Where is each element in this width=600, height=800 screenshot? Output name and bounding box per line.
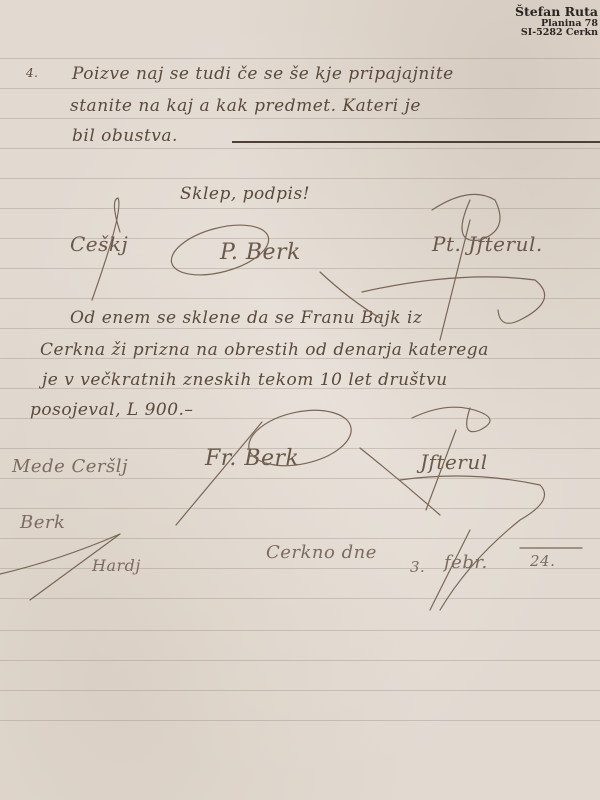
owner-stamp: Štefan Ruta Planina 78 SI-5282 Cerkn [515, 6, 598, 38]
ruled-line [0, 630, 600, 631]
signature-left-1: Ceškj [70, 232, 128, 256]
ruled-line [0, 118, 600, 119]
paragraph-2-line-4: posojeval, L 900.– [30, 400, 193, 420]
ruled-line [0, 58, 600, 59]
ruled-line [0, 268, 600, 269]
date-month: febr. [444, 552, 488, 573]
paragraph-1-line-3: bil obustva. [72, 126, 178, 146]
ruled-line [0, 478, 600, 479]
signature-left-2: Mede Ceršlj [12, 456, 128, 477]
signature-right-1: Pt. Jfterul. [432, 232, 543, 256]
ruled-line [0, 598, 600, 599]
ruled-line [0, 660, 600, 661]
closing-text: Sklep, podpis! [180, 184, 310, 204]
signature-left-bottom-3: Hardj [92, 556, 141, 575]
signature-center-1: P. Berk [220, 240, 301, 265]
ruled-line [0, 538, 600, 539]
ruled-line [0, 208, 600, 209]
ruled-line [0, 568, 600, 569]
paragraph-2-line-2: Cerkna ži prizna na obrestih od denarja … [40, 340, 489, 360]
signature-center-2: Fr. Berk [205, 446, 299, 471]
ruled-line [0, 88, 600, 89]
paragraph-1-line-2: stanite na kaj a kak predmet. Kateri je [70, 96, 421, 116]
closing-rule [232, 141, 600, 143]
ruled-line [0, 508, 600, 509]
document-page: Štefan Ruta Planina 78 SI-5282 Cerkn 4. … [0, 0, 600, 800]
stamp-city: SI-5282 Cerkn [515, 28, 598, 38]
paragraph-2-line-3: je v večkratnih zneskih tekom 10 let dru… [42, 370, 448, 390]
ruled-line [0, 690, 600, 691]
stamp-name: Štefan Ruta [515, 6, 598, 19]
ruled-line [0, 720, 600, 721]
ruled-line [0, 328, 600, 329]
paragraph-1-line-1: Poizve naj se tudi če se še kje pripajaj… [72, 64, 454, 84]
ruled-line [0, 448, 600, 449]
date-day: 3. [410, 558, 425, 576]
ruled-line [0, 148, 600, 149]
signature-right-2: Jfterul [420, 450, 488, 474]
date-year: 24. [530, 552, 555, 570]
date-place: Cerkno dne [266, 542, 377, 563]
ruled-line [0, 298, 600, 299]
paragraph-2-line-1: Od enem se sklene da se Franu Bajk iz [70, 308, 422, 328]
paragraph-number: 4. [26, 66, 38, 80]
ruled-line [0, 178, 600, 179]
signature-left-top-3: Berk [20, 512, 65, 533]
